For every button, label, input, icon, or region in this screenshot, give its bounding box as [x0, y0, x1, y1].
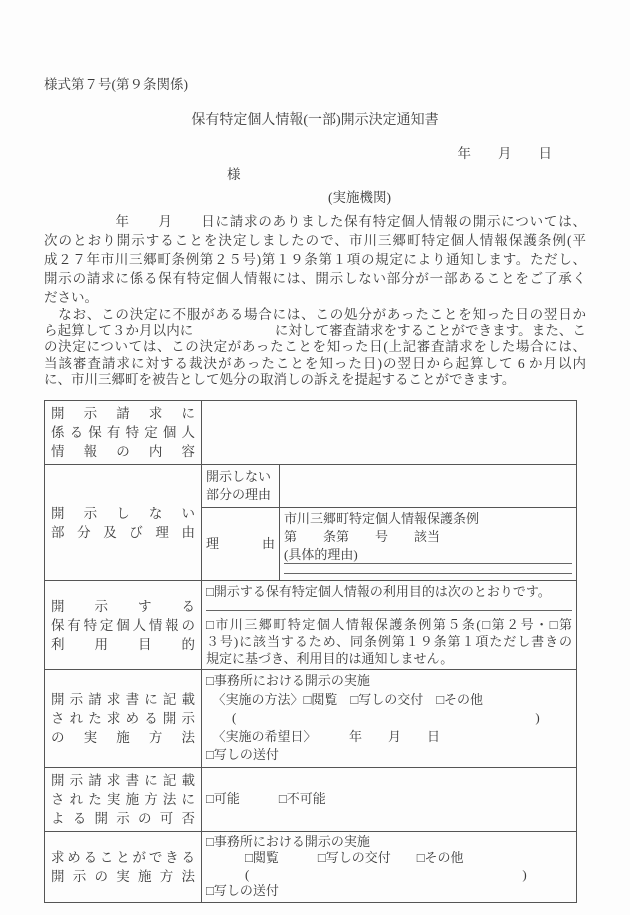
text-line: 規定に基づき、利用目的は通知しません。: [206, 650, 572, 667]
form-number: 様式第７号(第９条関係): [44, 0, 586, 93]
issue-date-line: 年 月 日: [44, 142, 586, 162]
row-label: 開示請求書に記載 された実施方法に よる開示の可否: [45, 768, 202, 831]
label-line: 係る保有特定個人: [51, 423, 195, 442]
row-label: 開示請求に 係る保有特定個人 情報の内容: [45, 401, 202, 464]
label-line: 開示しない: [51, 504, 195, 523]
subrow-reason: 理由 市川三郷町特定個人情報保護条例 第 条第 号 該当 (具体的理由): [202, 507, 576, 580]
row-label: 開示しない 部分及び理由: [45, 465, 202, 580]
label-line: 求めることができる: [51, 848, 195, 867]
text-line: 当該審査請求に対する裁決があったことを知った日)の翌日から起算して 6 か月以内: [44, 356, 586, 372]
label-line: の実施方法: [51, 728, 195, 747]
row-requested-method: 開示請求書に記載 された求める開示 の実施方法 □事務所における開示の実施 〈実…: [45, 669, 576, 767]
fill-in-underline: [206, 600, 572, 611]
label-line: 保有特定個人情報の: [51, 616, 195, 635]
text-line: 次のとおり開示することを決定しましたので、市川三郷町特定個人情報保護条例(平: [44, 231, 586, 250]
document-content: 様式第７号(第９条関係) 保有特定個人情報(一部)開示決定通知書 年 月 日 様…: [44, 0, 586, 903]
label-line: 開示請求書に記載: [51, 690, 195, 709]
text-line-underlined: (具体的理由): [284, 546, 572, 564]
document-title: 保有特定個人情報(一部)開示決定通知書: [44, 109, 586, 129]
label-line: よる開示の可否: [51, 809, 195, 828]
checkbox-option-line: □事務所における開示の実施: [206, 672, 572, 691]
label-line: 部分の理由: [206, 486, 275, 504]
row-label: 開示請求書に記載 された求める開示 の実施方法: [45, 670, 202, 767]
label-line: 開示請求に: [51, 404, 195, 423]
label-line: 開示請求書に記載: [51, 771, 195, 790]
label-line: 理由: [206, 535, 275, 553]
label-line: 情報の内容: [51, 442, 195, 461]
label-line: された求める開示: [51, 709, 195, 728]
cell-feasibility-content: □可能 □不可能: [202, 768, 576, 831]
cell-requested-method-content: □事務所における開示の実施 〈実施の方法〉□閲覧 □写しの交付 □その他 ( )…: [202, 670, 576, 767]
cell-requested-info-content: [202, 401, 576, 464]
row-label: 開示する 保有特定個人情報の 利用目的: [45, 581, 202, 669]
text-line: ら起算して３か月以内に に対して審査請求をすることができます。また、こ: [44, 323, 586, 339]
text-line: の決定については、この決定があったことを知った日(上記審査請求をした場合には、: [44, 339, 586, 355]
row-usage-purpose: 開示する 保有特定個人情報の 利用目的 □開示する保有特定個人情報の利用目的は次…: [45, 580, 576, 669]
text-line: なお、この決定に不服がある場合には、この処分があったことを知った日の翌日か: [44, 307, 586, 323]
text-line: 成２７年市川三郷町条例第２５号)第１９条第１項の規定により通知します。ただし、: [44, 250, 586, 269]
cell-usage-purpose-content: □開示する保有特定個人情報の利用目的は次のとおりです。 □市川三郷町特定個人情報…: [202, 581, 576, 669]
subrow-nondisclosed-reason: 開示しない 部分の理由: [202, 465, 576, 507]
addressee-line: 様: [44, 163, 586, 183]
checkbox-option-line: □閲覧 □写しの交付 □その他: [206, 850, 572, 867]
subrow-label: 開示しない 部分の理由: [202, 465, 280, 507]
checkbox-option-line: 〈実施の方法〉□閲覧 □写しの交付 □その他: [206, 691, 572, 710]
label-line: 開示の実施方法: [51, 867, 195, 886]
cell-reason-content: 市川三郷町特定個人情報保護条例 第 条第 号 該当 (具体的理由): [280, 508, 576, 580]
cell-nondisclosed-part-content: [280, 465, 576, 507]
text-line: ださい。: [44, 288, 586, 307]
label-line: 部分及び理由: [51, 523, 195, 542]
row-available-methods: 求めることができる 開示の実施方法 □事務所における開示の実施 □閲覧 □写しの…: [45, 831, 576, 902]
checkbox-option-line: □事務所における開示の実施: [206, 834, 572, 851]
body-paragraph-1: 年 月 日に請求のありました保有特定個人情報の開示については、 次のとおり開示す…: [44, 212, 586, 307]
fill-in-parentheses: ( ): [206, 867, 572, 884]
issuing-agency-line: (実施機関): [44, 186, 586, 206]
body-paragraph-2: なお、この決定に不服がある場合には、この処分があったことを知った日の翌日か ら起…: [44, 307, 586, 388]
checkbox-option-line: □写しの送付: [206, 883, 572, 900]
text-line: 市川三郷町特定個人情報保護条例: [284, 510, 572, 528]
fill-in-parentheses: ( ): [206, 709, 572, 728]
text-line: 年 月 日に請求のありました保有特定個人情報の開示については、: [44, 212, 586, 231]
nondisclosed-subtable: 開示しない 部分の理由 理由 市川三郷町特定個人情報保護条例 第 条第 号 該当: [202, 465, 576, 580]
text-line: に、市川三郷町を被告として処分の取消しの訴えを提起することができます。: [44, 372, 586, 388]
label-line: 利用目的: [51, 635, 195, 654]
row-label: 求めることができる 開示の実施方法: [45, 832, 202, 902]
row-nondisclosed-part: 開示しない 部分及び理由 開示しない 部分の理由 理由: [45, 464, 576, 580]
text-line: 〈実施の希望日〉 年 月 日: [206, 728, 572, 747]
row-requested-info: 開示請求に 係る保有特定個人 情報の内容: [45, 401, 576, 464]
fill-in-underline: [284, 564, 572, 574]
cell-available-methods-content: □事務所における開示の実施 □閲覧 □写しの交付 □その他 ( ) □写しの送付: [202, 832, 576, 902]
subrow-label: 理由: [202, 508, 280, 580]
checkbox-option-line: □可能 □不可能: [206, 790, 326, 809]
document-page: 様式第７号(第９条関係) 保有特定個人情報(一部)開示決定通知書 年 月 日 様…: [0, 0, 630, 915]
row-method-feasibility: 開示請求書に記載 された実施方法に よる開示の可否 □可能 □不可能: [45, 767, 576, 831]
checkbox-option-line: □写しの送付: [206, 746, 572, 765]
label-line: 開示する: [51, 597, 195, 616]
checkbox-option-line: □市川三郷町特定個人情報保護条例第５条(□第２号・□第: [206, 616, 572, 633]
text-line: 開示の請求に係る保有特定個人情報には、開示しない部分が一部あることをご了承く: [44, 269, 586, 288]
label-line: された実施方法に: [51, 790, 195, 809]
label-line: 開示しない: [206, 468, 275, 486]
checkbox-option-line: □開示する保有特定個人情報の利用目的は次のとおりです。: [206, 583, 572, 600]
text-line: 第 条第 号 該当: [284, 528, 572, 546]
notice-table: 開示請求に 係る保有特定個人 情報の内容 開示しない 部分及び理由 開示しない …: [44, 400, 577, 903]
text-line: ３号)に該当するため、同条例第１９条第１項ただし書きの: [206, 633, 572, 650]
